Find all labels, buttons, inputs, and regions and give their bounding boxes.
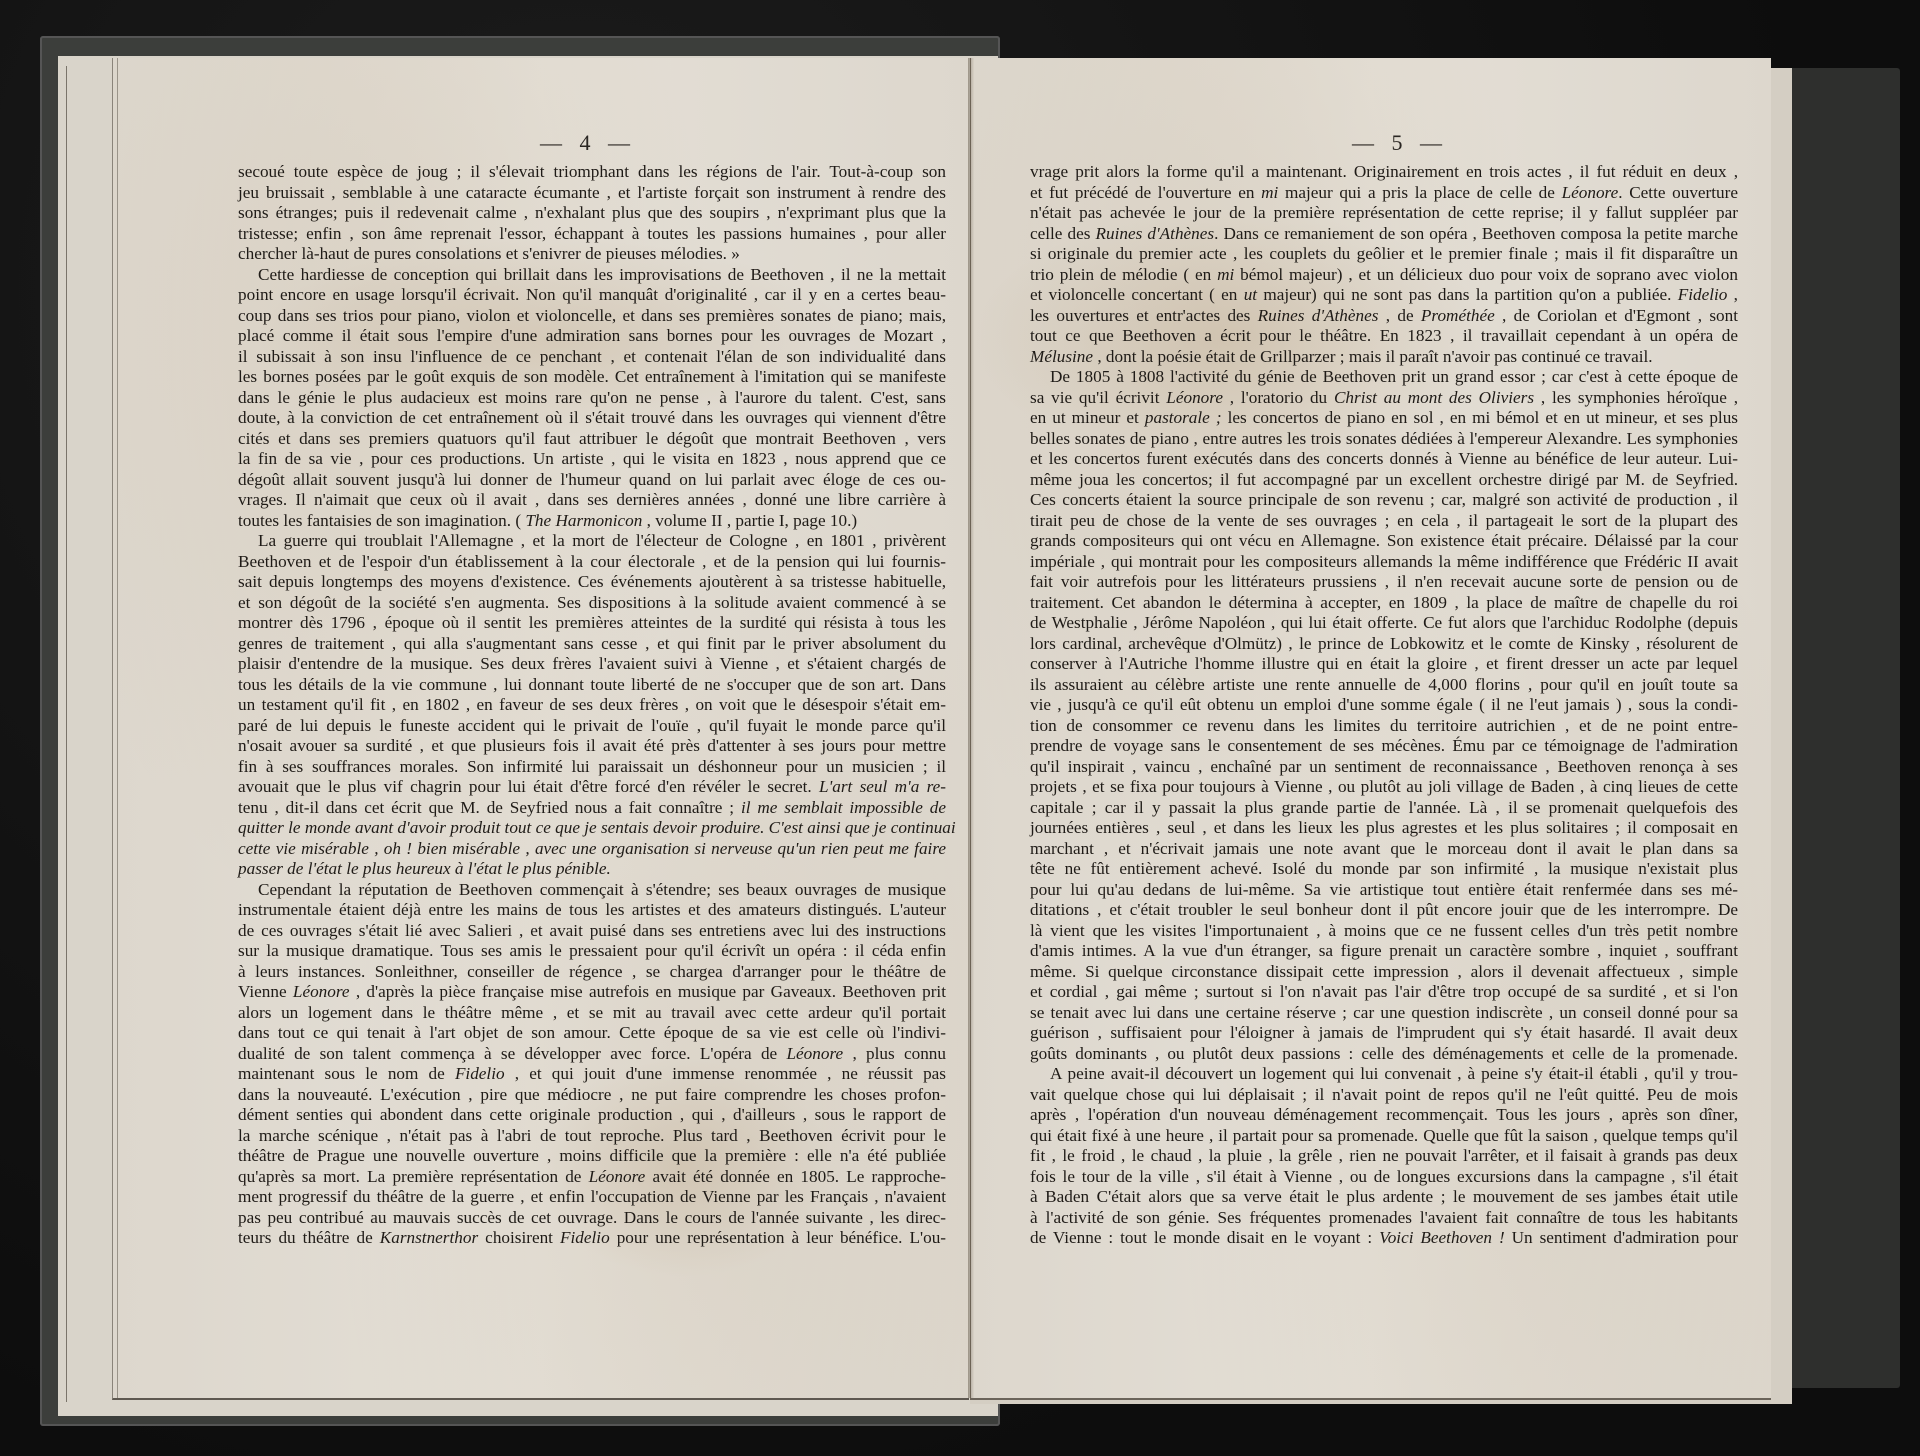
text-line: Cependant la réputation de Beethoven com…: [238, 880, 946, 901]
text-line: dans le génie le plus audacieux est moin…: [238, 388, 946, 409]
text-line: avouait que le plus vif chagrin pour lui…: [238, 777, 946, 798]
text-line: passer de l'état le plus heureux à l'éta…: [238, 859, 946, 880]
text-line: vrage prit alors la forme qu'il a mainte…: [1030, 162, 1738, 183]
text-line: cette vie misérable , oh ! bien misérabl…: [238, 839, 946, 860]
text-line: si originale du premier acte , les coupl…: [1030, 244, 1738, 265]
text-line: à Baden C'était alors que sa verve était…: [1030, 1187, 1738, 1208]
text-line: la marche scénique , n'était pas à l'abr…: [238, 1126, 946, 1147]
text-line: même joua les concertos; il fut accompag…: [1030, 470, 1738, 491]
text-line: tenu , dit-il dans cet écrit que M. de S…: [238, 798, 946, 819]
text-line: de Vienne : tout le monde disait en le v…: [1030, 1228, 1738, 1249]
text-line: paré de lui depuis le funeste accident q…: [238, 716, 946, 737]
text-line: genres de traitement , qui alla s'augmen…: [238, 634, 946, 655]
book-cover-right: [1780, 68, 1900, 1388]
text-line: trio plein de mélodie ( en mi bémol maje…: [1030, 265, 1738, 286]
text-line: montrer dès 1796 , époque où il sentit l…: [238, 613, 946, 634]
text-line: vrages. Il n'aimait que ceux où il avait…: [238, 490, 946, 511]
text-line: teurs du théâtre de Karnstnerthor choisi…: [238, 1228, 946, 1249]
text-line: projets , et se fixa pour toujours à Vie…: [1030, 777, 1738, 798]
text-line: ment progressif du théâtre de la guerre …: [238, 1187, 946, 1208]
text-line: de Westphalie , Jérôme Napoléon , qui lu…: [1030, 613, 1738, 634]
text-line: fin à ses souffrances morales. Son infir…: [238, 757, 946, 778]
text-line: théâtre de Prague une nouvelle ouverture…: [238, 1146, 946, 1167]
text-line: à l'activité de son génie. Ses fréquente…: [1030, 1208, 1738, 1229]
text-line: belles sonates de piano , entre autres l…: [1030, 429, 1738, 450]
text-line: grands compositeurs qui ont vécu en Alle…: [1030, 531, 1738, 552]
text-line: sait depuis longtemps des moyens d'exist…: [238, 572, 946, 593]
text-line: fait voir autrefois pour les littérateur…: [1030, 572, 1738, 593]
text-line: un testament qu'il fit , en 1802 , en fa…: [238, 695, 946, 716]
text-line: lors cardinal, archevêque d'Olmütz) , le…: [1030, 634, 1738, 655]
text-line: tirait peu de chose de la vente de ses o…: [1030, 511, 1738, 532]
text-line: de ces ouvrages s'était lié avec Salieri…: [238, 921, 946, 942]
text-line: impériale , qui montrait pour les compos…: [1030, 552, 1738, 573]
text-line: il subissait à son insu l'influence de c…: [238, 347, 946, 368]
text-line: ils assuraient au célèbre artiste une re…: [1030, 675, 1738, 696]
text-line: Mélusine , dont la poésie était de Grill…: [1030, 347, 1738, 368]
text-line: tout ce que Beethoven a écrit pour le th…: [1030, 326, 1738, 347]
text-line: tristesse; enfin , son âme reprenait l'e…: [238, 224, 946, 245]
text-line: Vienne Léonore , d'après la pièce frança…: [238, 982, 946, 1003]
text-line: même. Si quelque circonstance dissipait …: [1030, 962, 1738, 983]
text-line: en ut mineur et pastorale ; les concerto…: [1030, 408, 1738, 429]
text-line: tête ne fût entièrement achevé. Isolé du…: [1030, 859, 1738, 880]
text-line: d'amis intimes. A la vue d'un étranger, …: [1030, 941, 1738, 962]
text-line: les ouvertures et entr'actes des Ruines …: [1030, 306, 1738, 327]
text-line: placé comme il était sous l'empire d'une…: [238, 326, 946, 347]
text-line: cités et dans ses premiers quatuors qu'i…: [238, 429, 946, 450]
text-line: tion de consommer ce revenu dans les lim…: [1030, 716, 1738, 737]
text-line: là vient que les visites l'importunaient…: [1030, 921, 1738, 942]
text-line: n'osait avouer sa surdité , et que plusi…: [238, 736, 946, 757]
text-line: Beethoven et de l'espoir d'un établissem…: [238, 552, 946, 573]
text-line: jeu bruissait , semblable à une cataract…: [238, 183, 946, 204]
text-line: Ces concerts étaient la source principal…: [1030, 490, 1738, 511]
text-line: ditations , et c'était troubler le seul …: [1030, 900, 1738, 921]
text-line: et son dégoût de la société s'en augment…: [238, 593, 946, 614]
right-page-body-text: vrage prit alors la forme qu'il a mainte…: [1030, 162, 1738, 1249]
text-line: dément senties qui abondent dans cette o…: [238, 1105, 946, 1126]
text-line: sons étranges; puis il redevenait calme …: [238, 203, 946, 224]
text-line: et les concertos furent exécutés dans de…: [1030, 449, 1738, 470]
text-line: sa vie qu'il écrivit Léonore , l'oratori…: [1030, 388, 1738, 409]
text-line: toutes les fantaisies de son imagination…: [238, 511, 946, 532]
text-line: n'était pas achevée le jour de la premiè…: [1030, 203, 1738, 224]
text-line: point encore en usage lorsqu'il écrivait…: [238, 285, 946, 306]
text-line: coup dans ses trios pour piano, violon e…: [238, 306, 946, 327]
left-page-body-text: secoué toute espèce de joug ; il s'éleva…: [238, 162, 946, 1249]
text-line: qui était fixé à une heure , il partait …: [1030, 1126, 1738, 1147]
text-line: De 1805 à 1808 l'activité du génie de Be…: [1030, 367, 1738, 388]
text-line: plaisir d'entendre de la musique. Ses de…: [238, 654, 946, 675]
text-line: dualité de son talent commença à se déve…: [238, 1044, 946, 1065]
text-line: sur la musique dramatique. Tous ses amis…: [238, 941, 946, 962]
text-line: et violoncelle concertant ( en ut majeur…: [1030, 285, 1738, 306]
text-line: quitter le monde avant d'avoir produit t…: [238, 818, 946, 839]
text-line: chercher là-haut de pures consolations e…: [238, 244, 946, 265]
text-line: alors un logement dans le théâtre même ,…: [238, 1003, 946, 1024]
text-line: vie , jusqu'à ce qu'il eût obtenu un emp…: [1030, 695, 1738, 716]
page-number-left: — 4 —: [540, 130, 636, 156]
text-line: dans tout ce qui tenait à l'art objet de…: [238, 1023, 946, 1044]
text-line: la fin de sa vie , pour ces productions.…: [238, 449, 946, 470]
text-line: traitement. Cet abandon le détermina à a…: [1030, 593, 1738, 614]
text-line: se tenait avec lui dans une certaine rés…: [1030, 1003, 1738, 1024]
text-line: conserver à l'Autriche l'homme illustre …: [1030, 654, 1738, 675]
text-line: instrumentale étaient déjà entre les mai…: [238, 900, 946, 921]
text-line: et fut précédé de l'ouverture en mi maje…: [1030, 183, 1738, 204]
text-line: fois le tour de la ville , s'il était à …: [1030, 1167, 1738, 1188]
text-line: pour lui qu'au dedans de lui-même. Sa vi…: [1030, 880, 1738, 901]
book-gutter: [968, 58, 974, 1398]
text-line: tous les détails de la vie commune , lui…: [238, 675, 946, 696]
text-line: Cette hardiesse de conception qui brilla…: [238, 265, 946, 286]
text-line: vait quelque chose qui lui déplaisait ; …: [1030, 1085, 1738, 1106]
page-number-right: — 5 —: [1352, 130, 1448, 156]
text-line: les bornes posées par le goût exquis de …: [238, 367, 946, 388]
text-line: secoué toute espèce de joug ; il s'éleva…: [238, 162, 946, 183]
text-line: capitale ; car il y passait la plus gran…: [1030, 798, 1738, 819]
text-line: goûts dominants , ou plutôt deux passion…: [1030, 1044, 1738, 1065]
text-line: celle des Ruines d'Athènes. Dans ce rema…: [1030, 224, 1738, 245]
text-line: à leurs instances. Sonleithner, conseill…: [238, 962, 946, 983]
text-line: pas peu contribué au mauvais succès de c…: [238, 1208, 946, 1229]
text-line: dégoût allait souvent jusqu'à lui donner…: [238, 470, 946, 491]
text-line: marchant , et n'écrivait jamais une note…: [1030, 839, 1738, 860]
text-line: dans la nouveauté. L'exécution , pire qu…: [238, 1085, 946, 1106]
text-line: guérison , suffisaient pour l'éloigner à…: [1030, 1023, 1738, 1044]
text-line: fit , le froid , le chaud , la pluie , l…: [1030, 1146, 1738, 1167]
text-line: doute, à la conviction de cet entraîneme…: [238, 408, 946, 429]
text-line: maintenant sous le nom de Fidelio , et q…: [238, 1064, 946, 1085]
text-line: La guerre qui troublait l'Allemagne , et…: [238, 531, 946, 552]
text-line: qu'il inspirait , vaincu , enchaîné par …: [1030, 757, 1738, 778]
text-line: journées entières , seul , et dans les l…: [1030, 818, 1738, 839]
text-line: prendre de voyage sans le consentement d…: [1030, 736, 1738, 757]
text-line: qu'après sa mort. La première représenta…: [238, 1167, 946, 1188]
text-line: et cordial , gai même ; surtout si l'on …: [1030, 982, 1738, 1003]
text-line: après , l'opération d'un nouveau déménag…: [1030, 1105, 1738, 1126]
text-line: A peine avait-il découvert un logement q…: [1030, 1064, 1738, 1085]
